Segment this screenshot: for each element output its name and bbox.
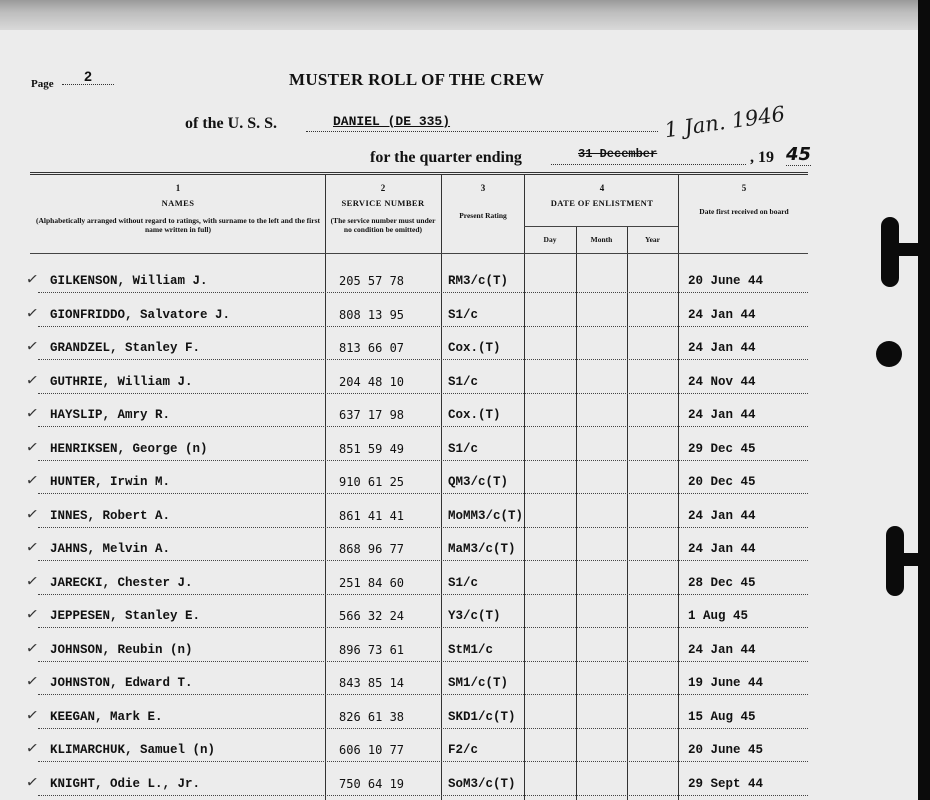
binder-hole-icon — [876, 341, 902, 367]
row-rule — [38, 527, 808, 528]
checkmark-icon: ✓ — [25, 336, 40, 356]
checkmark-icon: ✓ — [25, 303, 40, 323]
crew-name: GRANDZEL, Stanley F. — [50, 341, 200, 355]
date-received: 24 Jan 44 — [688, 509, 756, 523]
enlistment-subheader-rule — [524, 226, 678, 227]
crew-name: HUNTER, Irwin M. — [50, 475, 170, 489]
ship-name: DANIEL (DE 335) — [333, 114, 450, 129]
row-rule — [38, 560, 808, 561]
row-rule — [38, 661, 808, 662]
row-rule — [38, 594, 808, 595]
present-rating: QM3/c(T) — [448, 475, 508, 489]
service-number: 566 32 24 — [339, 609, 404, 623]
present-rating: SoM3/c(T) — [448, 777, 516, 791]
crew-name: HENRIKSEN, George (n) — [50, 442, 208, 456]
table-row: ✓HENRIKSEN, George (n)851 59 49S1/c29 De… — [30, 430, 808, 463]
col-title: Present Rating — [443, 211, 523, 220]
table-row: ✓INNES, Robert A.861 41 41MoMM3/c(T)24 J… — [30, 497, 808, 530]
col-header-received: 5 Date first received on board — [680, 184, 808, 216]
year-suffix: 45 — [786, 144, 811, 166]
page-label: Page — [31, 78, 54, 90]
checkmark-icon: ✓ — [25, 370, 40, 390]
row-rule — [38, 761, 808, 762]
service-number: 896 73 61 — [339, 643, 404, 657]
present-rating: S1/c — [448, 442, 478, 456]
date-received: 24 Jan 44 — [688, 542, 756, 556]
service-number: 851 59 49 — [339, 442, 404, 456]
table-top-rule — [30, 172, 808, 175]
crew-name: GUTHRIE, William J. — [50, 375, 193, 389]
col-num: 4 — [526, 184, 678, 193]
date-received: 28 Dec 45 — [688, 576, 756, 590]
checkmark-icon: ✓ — [25, 470, 40, 490]
checkmark-icon: ✓ — [25, 571, 40, 591]
row-rule — [38, 460, 808, 461]
crew-name: JEPPESEN, Stanley E. — [50, 609, 200, 623]
present-rating: S1/c — [448, 308, 478, 322]
checkmark-icon: ✓ — [25, 738, 40, 758]
col-num: 1 — [34, 184, 322, 193]
crew-name: GIONFRIDDO, Salvatore J. — [50, 308, 230, 322]
service-number: 808 13 95 — [339, 308, 404, 322]
col-header-month: Month — [576, 235, 627, 244]
crew-name: GILKENSON, William J. — [50, 274, 208, 288]
service-number: 910 61 25 — [339, 475, 404, 489]
date-received: 24 Jan 44 — [688, 308, 756, 322]
present-rating: Y3/c(T) — [448, 609, 501, 623]
table-row: ✓JEPPESEN, Stanley E.566 32 24Y3/c(T)1 A… — [30, 597, 808, 630]
checkmark-icon: ✓ — [25, 638, 40, 658]
quarter-label: for the quarter ending — [370, 149, 522, 167]
table-row: ✓KLIMARCHUK, Samuel (n)606 10 77F2/c20 J… — [30, 731, 808, 764]
col-header-day: Day — [524, 235, 576, 244]
row-rule — [38, 694, 808, 695]
scan-edge — [918, 0, 930, 800]
service-number: 868 96 77 — [339, 542, 404, 556]
binder-clip-bottom-arm — [900, 553, 920, 566]
col-title: Date first received on board — [680, 207, 808, 216]
date-received: 19 June 44 — [688, 676, 763, 690]
date-received: 1 Aug 45 — [688, 609, 748, 623]
crew-name: JOHNSTON, Edward T. — [50, 676, 193, 690]
col-num: 3 — [443, 184, 523, 193]
year-prefix: , 19 — [750, 149, 774, 167]
crew-name: JOHNSON, Reubin (n) — [50, 643, 193, 657]
date-received: 24 Jan 44 — [688, 643, 756, 657]
table-row: ✓JARECKI, Chester J.251 84 60S1/c28 Dec … — [30, 564, 808, 597]
col-num: 5 — [680, 184, 808, 193]
date-received: 20 June 44 — [688, 274, 763, 288]
col-title: NAMES — [34, 199, 322, 208]
service-number: 251 84 60 — [339, 576, 404, 590]
present-rating: MoMM3/c(T) — [448, 509, 523, 523]
date-received: 29 Dec 45 — [688, 442, 756, 456]
date-received: 20 June 45 — [688, 743, 763, 757]
checkmark-icon: ✓ — [25, 705, 40, 725]
row-rule — [38, 728, 808, 729]
row-rule — [38, 359, 808, 360]
row-rule — [38, 627, 808, 628]
table-row: ✓JOHNSTON, Edward T.843 85 14SM1/c(T)19 … — [30, 664, 808, 697]
checkmark-icon: ✓ — [25, 504, 40, 524]
col-note: (Alphabetically arranged without regard … — [36, 216, 320, 234]
service-number: 637 17 98 — [339, 408, 404, 422]
table-row: ✓KNIGHT, Odie L., Jr.750 64 19SoM3/c(T)2… — [30, 765, 808, 798]
row-rule — [38, 393, 808, 394]
service-number: 204 48 10 — [339, 375, 404, 389]
service-number: 813 66 07 — [339, 341, 404, 355]
service-number: 606 10 77 — [339, 743, 404, 757]
table-row: ✓KEEGAN, Mark E.826 61 38SKD1/c(T)15 Aug… — [30, 698, 808, 731]
crew-name: HAYSLIP, Amry R. — [50, 408, 170, 422]
present-rating: S1/c — [448, 576, 478, 590]
checkmark-icon: ✓ — [25, 772, 40, 792]
ship-line — [306, 131, 658, 132]
date-received: 29 Sept 44 — [688, 777, 763, 791]
present-rating: RM3/c(T) — [448, 274, 508, 288]
col-header-names: 1 NAMES (Alphabetically arranged without… — [34, 184, 322, 234]
col-title: DATE OF ENLISTMENT — [526, 199, 678, 208]
row-rule — [38, 795, 808, 796]
date-received: 20 Dec 45 — [688, 475, 756, 489]
table-row: ✓HUNTER, Irwin M.910 61 25QM3/c(T)20 Dec… — [30, 463, 808, 496]
col-header-year: Year — [627, 235, 678, 244]
present-rating: Cox.(T) — [448, 341, 501, 355]
table-row: ✓GILKENSON, William J.205 57 78RM3/c(T)2… — [30, 262, 808, 295]
ship-label: of the U. S. S. — [185, 115, 277, 133]
crew-name: INNES, Robert A. — [50, 509, 170, 523]
checkmark-icon: ✓ — [25, 403, 40, 423]
col-title: SERVICE NUMBER — [327, 199, 439, 208]
header-bottom-rule — [30, 253, 808, 254]
table-row: ✓GIONFRIDDO, Salvatore J.808 13 95S1/c24… — [30, 296, 808, 329]
quarter-value: 31 December — [578, 147, 657, 161]
table-row: ✓JOHNSON, Reubin (n)896 73 61StM1/c24 Ja… — [30, 631, 808, 664]
service-number: 750 64 19 — [339, 777, 404, 791]
present-rating: F2/c — [448, 743, 478, 757]
checkmark-icon: ✓ — [25, 537, 40, 557]
present-rating: Cox.(T) — [448, 408, 501, 422]
col-header-rating: 3 Present Rating — [443, 184, 523, 220]
crew-name: JAHNS, Melvin A. — [50, 542, 170, 556]
quarter-line — [551, 164, 746, 165]
row-rule — [38, 292, 808, 293]
service-number: 205 57 78 — [339, 274, 404, 288]
date-received: 24 Jan 44 — [688, 408, 756, 422]
row-rule — [38, 493, 808, 494]
checkmark-icon: ✓ — [25, 604, 40, 624]
present-rating: SKD1/c(T) — [448, 710, 516, 724]
crew-name: JARECKI, Chester J. — [50, 576, 193, 590]
row-rule — [38, 426, 808, 427]
service-number: 826 61 38 — [339, 710, 404, 724]
crew-name: KNIGHT, Odie L., Jr. — [50, 777, 200, 791]
table-row: ✓GRANDZEL, Stanley F.813 66 07Cox.(T)24 … — [30, 329, 808, 362]
binder-clip-top-arm — [895, 243, 920, 256]
checkmark-icon: ✓ — [25, 269, 40, 289]
present-rating: StM1/c — [448, 643, 493, 657]
service-number: 843 85 14 — [339, 676, 404, 690]
table-row: ✓GUTHRIE, William J.204 48 10S1/c24 Nov … — [30, 363, 808, 396]
crew-name: KEEGAN, Mark E. — [50, 710, 163, 724]
page-number: 2 — [62, 68, 114, 85]
crew-name: KLIMARCHUK, Samuel (n) — [50, 743, 215, 757]
row-rule — [38, 326, 808, 327]
date-received: 24 Nov 44 — [688, 375, 756, 389]
table-row: ✓JAHNS, Melvin A.868 96 77MaM3/c(T)24 Ja… — [30, 530, 808, 563]
present-rating: SM1/c(T) — [448, 676, 508, 690]
col-num: 2 — [327, 184, 439, 193]
checkmark-icon: ✓ — [25, 437, 40, 457]
col-note: (The service number must under no condit… — [331, 216, 436, 234]
checkmark-icon: ✓ — [25, 671, 40, 691]
col-header-enlistment: 4 DATE OF ENLISTMENT — [526, 184, 678, 216]
table-row: ✓HAYSLIP, Amry R.637 17 98Cox.(T)24 Jan … — [30, 396, 808, 429]
col-header-service-number: 2 SERVICE NUMBER (The service number mus… — [327, 184, 439, 234]
service-number: 861 41 41 — [339, 509, 404, 523]
present-rating: MaM3/c(T) — [448, 542, 516, 556]
document-title: MUSTER ROLL OF THE CREW — [289, 70, 544, 90]
date-received: 24 Jan 44 — [688, 341, 756, 355]
present-rating: S1/c — [448, 375, 478, 389]
date-received: 15 Aug 45 — [688, 710, 756, 724]
